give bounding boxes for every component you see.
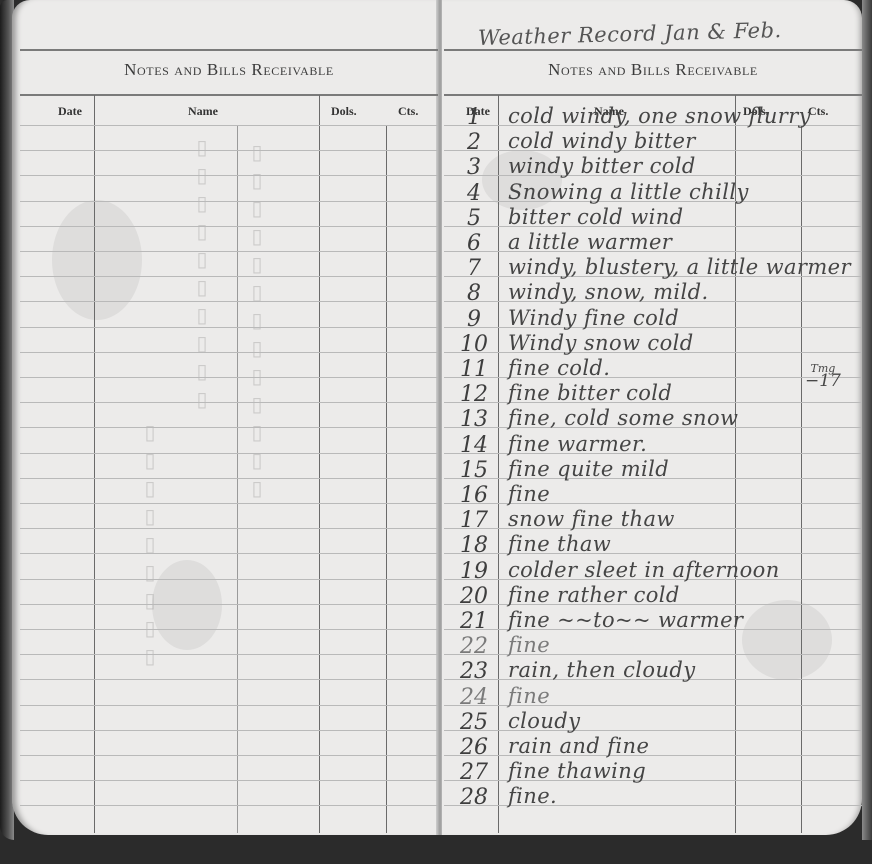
left-col-date: Date (58, 104, 82, 119)
paper-stain (152, 560, 222, 650)
entry-day: 5 (452, 206, 496, 231)
entry-day: 10 (452, 332, 496, 357)
entry-weather-text: fine ~~to~~ warmer (508, 608, 743, 632)
entry-day: 18 (452, 533, 496, 558)
ruled-line (20, 377, 438, 378)
entry-day: 12 (452, 382, 496, 407)
ruled-line (20, 705, 438, 706)
entry-weather-text: Snowing a little chilly (508, 180, 749, 204)
ruled-line (20, 654, 438, 655)
entry-weather-text: windy, snow, mild. (508, 280, 709, 304)
left-col-divider (319, 95, 320, 833)
entry-day: 27 (452, 760, 496, 785)
weather-entry-row: 27fine thawing (444, 763, 862, 788)
entry-weather-text: fine cold. (508, 356, 610, 380)
entry-day: 19 (452, 559, 496, 584)
entry-weather-text: fine bitter cold (508, 381, 672, 405)
right-page-heading: Notes and Bills Receivable (444, 60, 862, 84)
left-page-heading: Notes and Bills Receivable (20, 60, 438, 84)
weather-entry-row: 10Windy snow cold (444, 335, 862, 360)
entry-weather-text: fine (508, 684, 550, 708)
ruled-line (20, 150, 438, 151)
ruled-line (20, 553, 438, 554)
margin-note-value: −17 (805, 375, 841, 388)
ruled-line (20, 301, 438, 302)
paper-stain (52, 200, 142, 320)
weather-entry-row: 23rain, then cloudy (444, 662, 862, 687)
entry-day: 13 (452, 407, 496, 432)
entry-day: 3 (452, 155, 496, 180)
entry-weather-text: fine (508, 482, 550, 506)
left-col-divider (94, 95, 95, 833)
entry-day: 6 (452, 231, 496, 256)
ruled-line (20, 427, 438, 428)
left-col-divider (386, 125, 387, 833)
entry-weather-text: fine. (508, 784, 557, 808)
ruled-line (20, 276, 438, 277)
entry-day: 16 (452, 483, 496, 508)
bleed-through-marks: ▯▯▯▯▯▯▯▯▯▯ (190, 135, 214, 415)
header-rule-bottom-right (444, 94, 862, 96)
ruled-line (20, 579, 438, 580)
entry-day: 14 (452, 433, 496, 458)
header-rule-top-right (444, 49, 862, 51)
entry-day: 24 (452, 685, 496, 710)
weather-entry-row: 15fine quite mild (444, 461, 862, 486)
margin-note-temperature: Tmg −17 (805, 362, 841, 388)
ruled-line (20, 805, 438, 806)
entry-weather-text: fine thaw (508, 532, 611, 556)
entry-weather-text: fine quite mild (508, 457, 669, 481)
left-col-cts: Cts. (398, 104, 418, 119)
entry-weather-text: rain, then cloudy (508, 658, 696, 682)
entry-weather-text: fine (508, 633, 550, 657)
ruled-line (20, 604, 438, 605)
entry-day: 9 (452, 307, 496, 332)
weather-entry-row: 21fine ~~to~~ warmer (444, 612, 862, 637)
bleed-through-marks: ▯▯▯▯▯▯▯▯▯▯▯▯▯ (245, 140, 269, 504)
weather-entry-row: 17snow fine thaw (444, 511, 862, 536)
header-rule-top-left (20, 49, 438, 51)
ruled-line (20, 201, 438, 202)
notebook-spread: Notes and Bills Receivable Date Name Dol… (0, 0, 872, 864)
entry-weather-text: fine thawing (508, 759, 646, 783)
ruled-line (20, 528, 438, 529)
entry-weather-text: Windy fine cold (508, 306, 679, 330)
entry-weather-text: cloudy (508, 709, 580, 733)
entry-day: 4 (452, 181, 496, 206)
ruled-line (20, 755, 438, 756)
ruled-line (20, 503, 438, 504)
ruled-line (20, 251, 438, 252)
weather-entry-row: 26rain and fine (444, 738, 862, 763)
entry-weather-text: a little warmer (508, 230, 672, 254)
entry-weather-text: rain and fine (508, 734, 649, 758)
entry-day: 8 (452, 281, 496, 306)
entry-weather-text: colder sleet in afternoon (508, 558, 780, 582)
entry-weather-text: cold windy bitter (508, 129, 696, 153)
entry-weather-text: windy bitter cold (508, 154, 696, 178)
entry-day: 15 (452, 458, 496, 483)
entry-weather-text: fine warmer. (508, 432, 647, 456)
entry-day: 28 (452, 785, 496, 810)
entry-weather-text: windy, blustery, a little warmer (508, 255, 851, 279)
entry-day: 1 (452, 105, 496, 130)
entry-weather-text: fine rather cold (508, 583, 680, 607)
weather-entry-row: 28fine. (444, 788, 862, 813)
ruled-line (20, 453, 438, 454)
entry-day: 2 (452, 130, 496, 155)
left-col-name: Name (188, 104, 218, 119)
ruled-line (20, 125, 438, 126)
ruled-line (20, 679, 438, 680)
weather-entry-row: 13fine, cold some snow (444, 410, 862, 435)
ruled-line (20, 226, 438, 227)
ruled-line (20, 402, 438, 403)
entry-day: 17 (452, 508, 496, 533)
ruled-line (20, 352, 438, 353)
entry-day: 23 (452, 659, 496, 684)
entry-day: 22 (452, 634, 496, 659)
ruled-line (20, 629, 438, 630)
book-cover-edge-right (862, 0, 872, 840)
left-col-divider-faint (237, 125, 238, 833)
ruled-line (20, 730, 438, 731)
ruled-line (20, 175, 438, 176)
entry-weather-text: fine, cold some snow (508, 406, 738, 430)
entry-weather-text: bitter cold wind (508, 205, 683, 229)
header-rule-bottom-left (20, 94, 438, 96)
weather-entry-row: 24fine (444, 688, 862, 713)
ruled-line (20, 780, 438, 781)
ruled-line (20, 478, 438, 479)
weather-entry-row: 25cloudy (444, 713, 862, 738)
entry-day: 26 (452, 735, 496, 760)
entry-day: 20 (452, 584, 496, 609)
bleed-through-marks: ▯▯▯▯▯▯▯▯▯ (138, 420, 162, 672)
left-col-dols: Dols. (331, 104, 357, 119)
entry-weather-text: snow fine thaw (508, 507, 675, 531)
entry-day: 21 (452, 609, 496, 634)
entry-day: 11 (452, 357, 496, 382)
entry-weather-text: Windy snow cold (508, 331, 694, 355)
entry-day: 25 (452, 710, 496, 735)
entry-day: 7 (452, 256, 496, 281)
ruled-line (20, 327, 438, 328)
entry-weather-text: cold windy, one snow flurry (508, 104, 811, 128)
